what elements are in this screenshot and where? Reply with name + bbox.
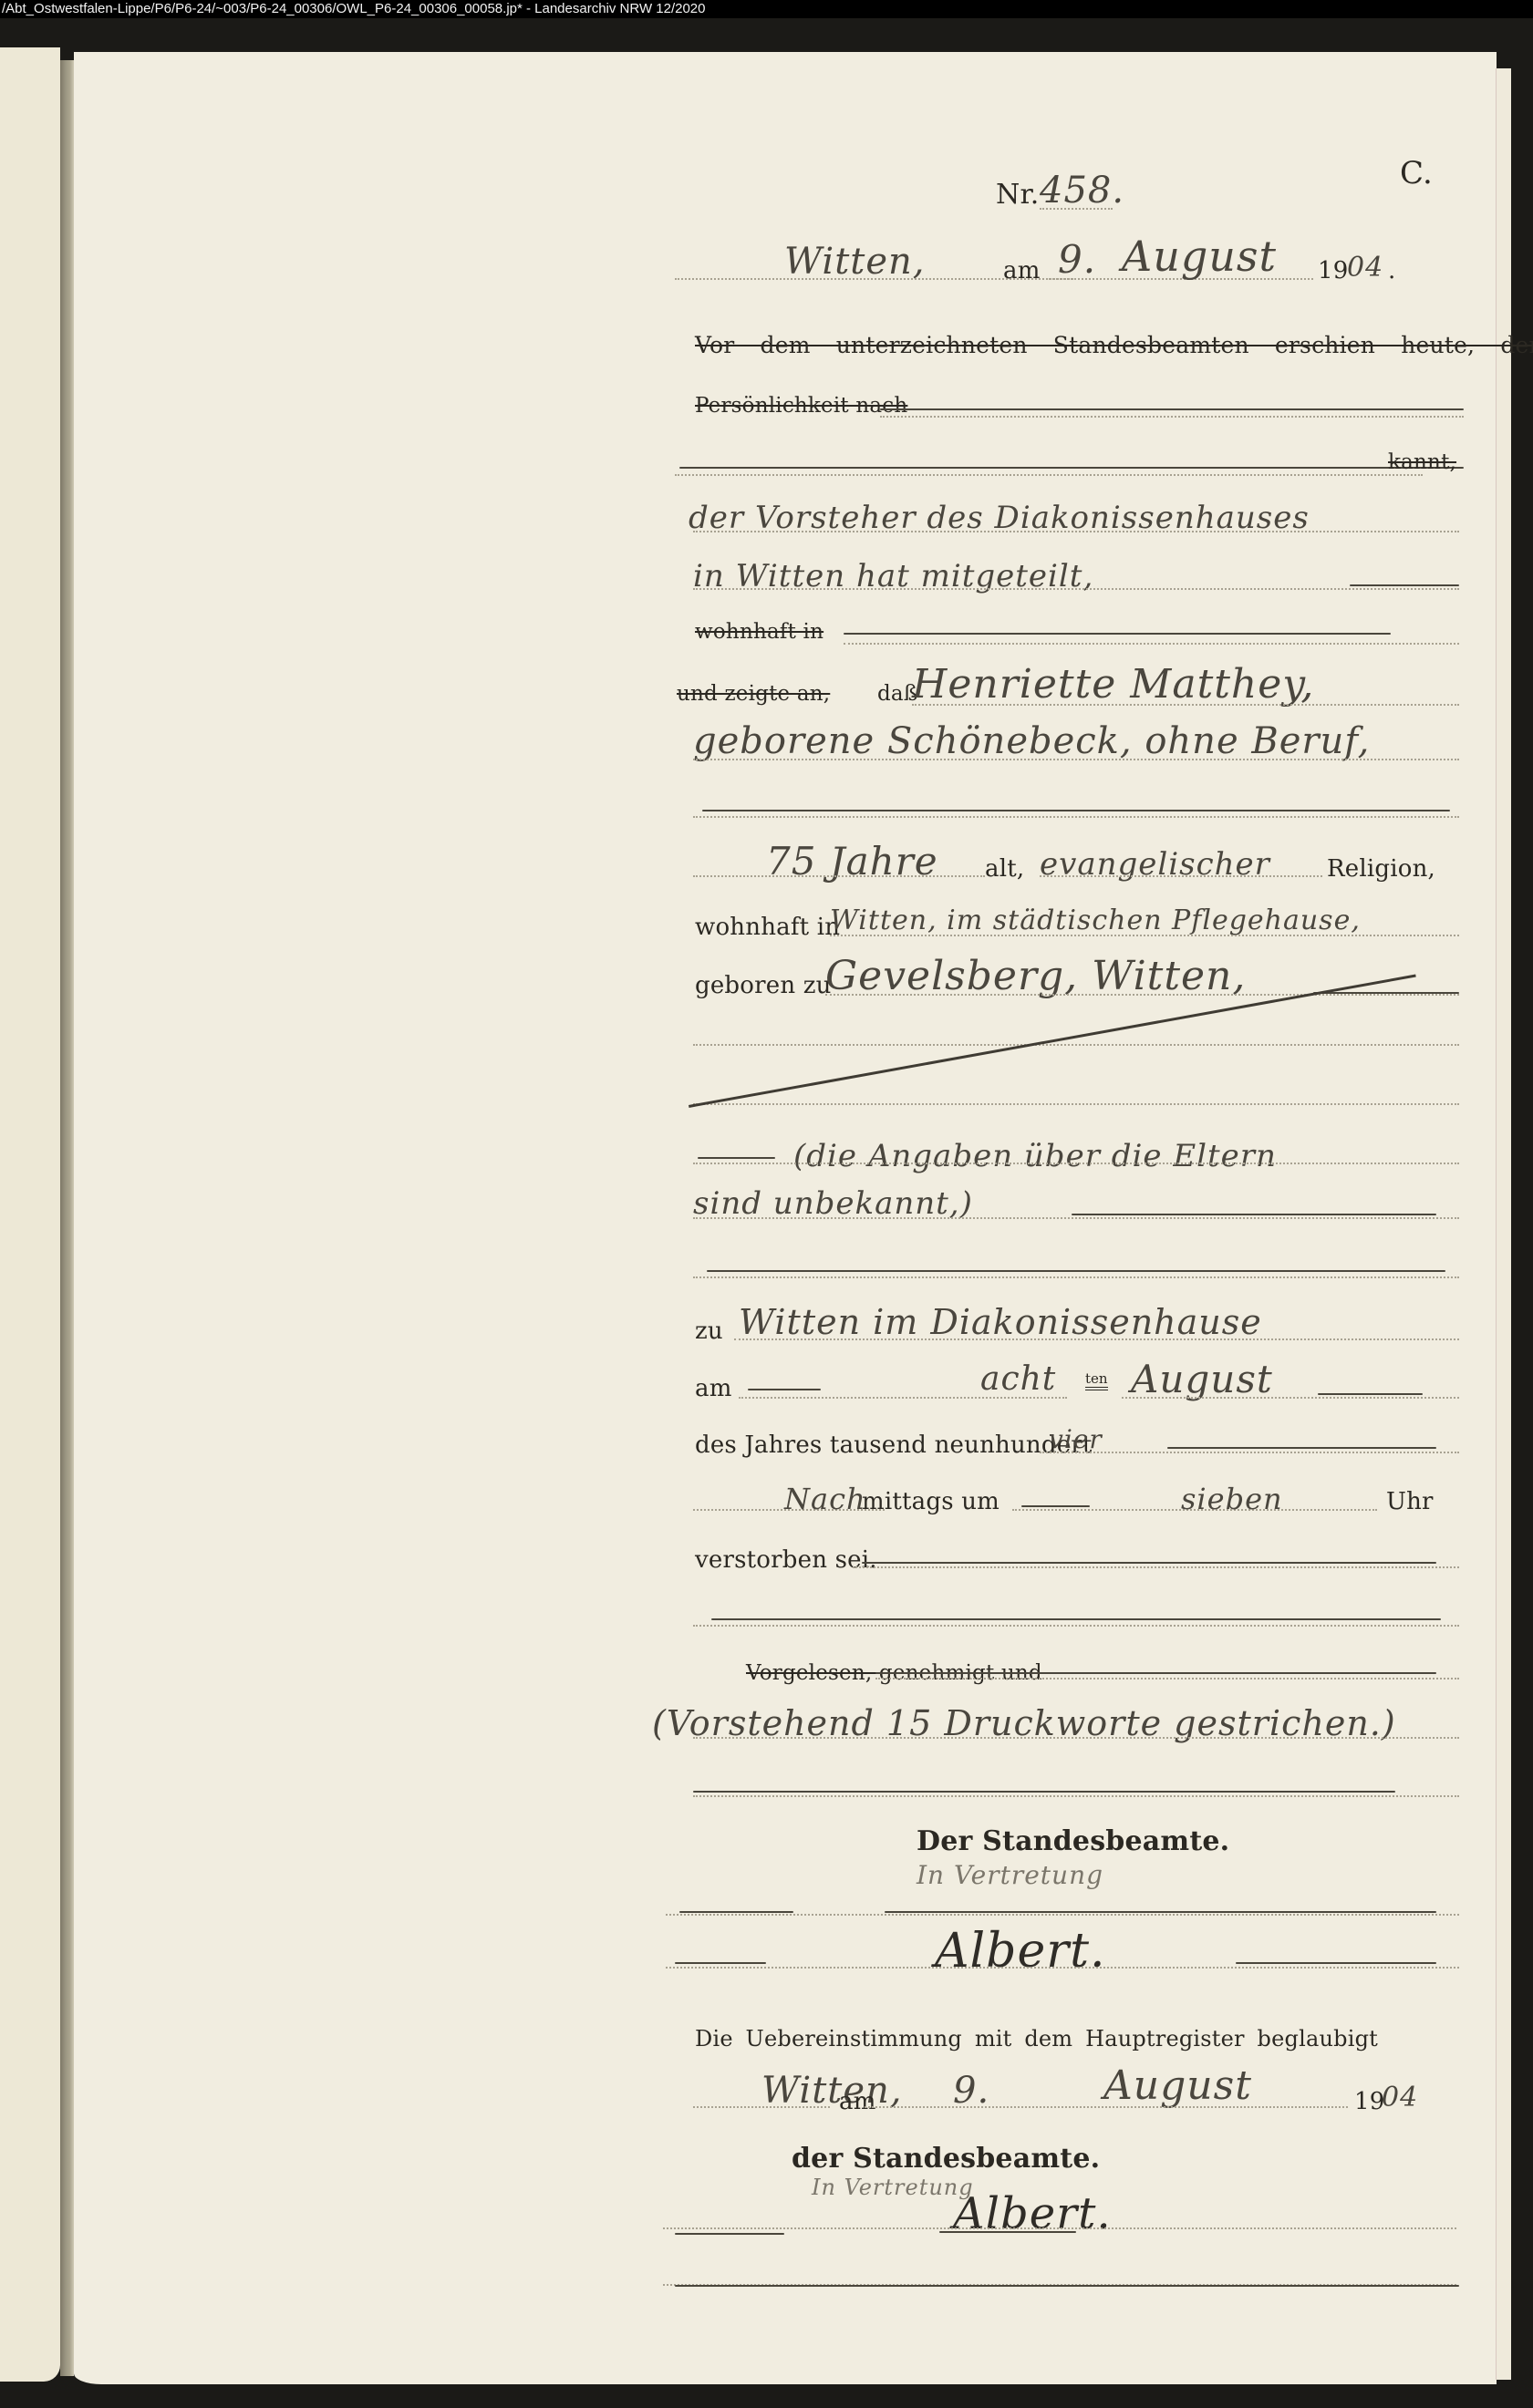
fill-rule <box>675 1962 766 1964</box>
cert-date-am-label: am <box>839 2088 876 2115</box>
death-place-label: zu <box>695 1318 723 1345</box>
residence-value: Witten, im städtischen Pflegehause, <box>830 904 1361 936</box>
death-month-value: August <box>1131 1357 1273 1401</box>
fill-rule <box>1313 992 1459 994</box>
blank-rule <box>702 810 1450 811</box>
number-label: Nr. <box>996 179 1039 211</box>
dotline <box>693 759 1459 760</box>
date-year-hand: 04 <box>1347 252 1383 284</box>
dotline <box>693 531 1459 532</box>
dotline <box>830 935 1459 936</box>
dotline <box>693 588 1459 590</box>
signature-1: Albert. <box>935 1924 1106 1979</box>
fill-rule <box>698 1157 775 1159</box>
record-number: 458. <box>1040 170 1124 212</box>
year-label: des Jahres tausend neunhundert <box>695 1431 1093 1459</box>
cert-date-year-hand: 04 <box>1382 2082 1418 2113</box>
fill-rule <box>862 1562 1436 1564</box>
strike-rule <box>880 408 1464 410</box>
dotline <box>693 1044 1459 1046</box>
fill-rule <box>679 1911 793 1913</box>
dotline <box>693 1625 1459 1627</box>
dotline <box>693 1163 1459 1164</box>
dotline <box>693 816 1459 818</box>
date-end: . <box>1388 257 1395 284</box>
dotline <box>693 1795 1459 1797</box>
dotline <box>693 1276 1459 1278</box>
death-date-label: am <box>695 1375 732 1402</box>
official-title-1: Der Standesbeamte. <box>917 1825 1229 1857</box>
religion-label: Religion, <box>1327 855 1435 883</box>
dotline <box>693 1737 1459 1739</box>
parents-line-2: sind unbekannt,) <box>693 1185 973 1222</box>
fill-rule <box>1072 1214 1436 1215</box>
fill-rule <box>748 1389 821 1390</box>
in-vertretung-1: In Vertretung <box>917 1860 1103 1890</box>
date-month: August <box>1122 232 1277 281</box>
strike-rule <box>875 1672 1436 1674</box>
cert-date-year-print: 19 <box>1354 2088 1384 2115</box>
deceased-name: Henriette Matthey, <box>912 661 1314 708</box>
fill-rule <box>1236 1962 1436 1964</box>
fill-rule <box>885 1911 1436 1913</box>
death-place-value: Witten im Diakonissenhause <box>739 1302 1262 1342</box>
dotline <box>1040 875 1322 877</box>
struck-preamble: Vor dem unterzeichneten Standesbeamten e… <box>695 332 1533 358</box>
blank-rule <box>707 1270 1445 1272</box>
closing-rule <box>675 2285 1459 2287</box>
dotline <box>880 416 1464 418</box>
fill-rule <box>1021 1505 1090 1507</box>
strike-rule <box>844 633 1391 635</box>
separator-rule <box>693 1791 1395 1793</box>
birthplace-label: geboren zu <box>695 972 832 999</box>
dotline <box>875 1678 1459 1679</box>
official-title-2: der Standesbeamte. <box>792 2143 1100 2175</box>
document-content: C. Nr. 458. Witten, am 9. August 19 04 .… <box>0 0 1533 2408</box>
parents-line-1: (die Angaben über die Eltern <box>793 1138 1277 1174</box>
day-suffix: ten <box>1085 1372 1108 1390</box>
date-place: Witten, <box>784 241 926 283</box>
dotline <box>693 1103 1459 1105</box>
dotline <box>1040 1452 1459 1453</box>
dotline <box>666 1914 1459 1916</box>
dotline <box>693 1217 1459 1219</box>
struck-kannt: kannt, <box>1388 450 1456 474</box>
dotline <box>844 643 1459 645</box>
age-label: alt, <box>985 855 1024 883</box>
dotline <box>912 704 1459 706</box>
religion-value: evangelischer <box>1040 846 1270 883</box>
certification-text: Die Uebereinstimmung mit dem Hauptregist… <box>695 2026 1378 2051</box>
dotline <box>693 875 985 877</box>
cert-date-month: August <box>1103 2062 1252 2109</box>
in-vertretung-2: In Vertretung <box>812 2175 974 2200</box>
dotline <box>666 1967 1459 1969</box>
dotline <box>825 994 1459 996</box>
dotline <box>1122 1397 1459 1399</box>
dotline <box>663 2227 1456 2229</box>
fill-rule <box>1350 584 1459 586</box>
birthplace-value: Gevelsberg, Witten, <box>825 953 1246 999</box>
date-year-print: 19 <box>1318 257 1348 284</box>
blank-rule <box>711 1618 1441 1620</box>
fill-rule <box>1318 1393 1423 1395</box>
birth-name-line: geborene Schönebeck, ohne Beruf, <box>693 720 1370 762</box>
fill-rule <box>675 2233 784 2235</box>
dotline <box>734 1338 1459 1340</box>
dotline <box>693 2106 830 2108</box>
struck-wohnhaft: wohnhaft in <box>695 620 823 644</box>
verstorben-label: verstorben sei. <box>695 1546 877 1574</box>
time-value: sieben <box>1181 1482 1283 1516</box>
dotline <box>675 474 1423 476</box>
time-unit: Uhr <box>1386 1488 1434 1515</box>
date-day: 9. <box>1058 237 1096 282</box>
date-am-label: am <box>1003 257 1041 284</box>
dotline <box>865 2106 1348 2108</box>
fill-rule <box>1167 1447 1436 1449</box>
death-day-value: acht <box>980 1360 1056 1398</box>
time-prefix-value: Nach <box>784 1482 866 1516</box>
fill-rule <box>939 2231 1076 2233</box>
strike-rule <box>679 467 1464 469</box>
residence-label: wohnhaft in <box>695 914 840 941</box>
struck-persoenlichkeit: Persönlichkeit nach <box>695 394 907 418</box>
number-dotline <box>1040 208 1113 210</box>
dotline <box>853 1566 1459 1568</box>
corner-mark: C. <box>1400 155 1433 191</box>
struck-zeigte-an: und zeigte an, <box>677 682 830 706</box>
year-value: vier <box>1049 1424 1103 1454</box>
time-label: mittags um <box>862 1488 1000 1515</box>
